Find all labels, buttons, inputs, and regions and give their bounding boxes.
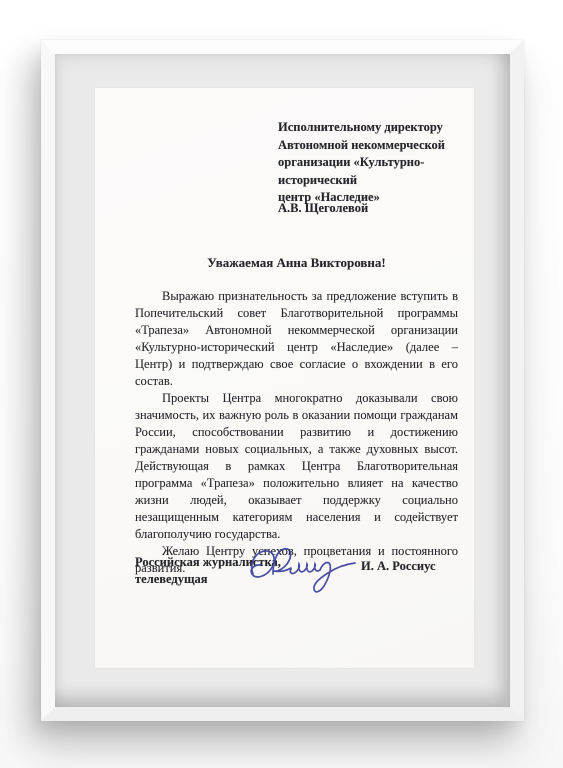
picture-frame: Исполнительному директору Автономной нек… xyxy=(41,40,524,721)
body-paragraph: Проекты Центра многократно доказывали св… xyxy=(135,390,458,543)
recipient-line: Исполнительному директору xyxy=(278,119,463,137)
handwritten-signature-icon xyxy=(243,538,361,596)
recipient-name: А.В. Щеголевой xyxy=(278,201,368,216)
recipient-block: Исполнительному директору Автономной нек… xyxy=(278,119,463,207)
frame-mat: Исполнительному директору Автономной нек… xyxy=(55,54,510,707)
recipient-line: Автономной некоммерческой xyxy=(278,137,463,155)
signer-name: И. А. Россиус xyxy=(361,559,436,574)
scene-background: Исполнительному директору Автономной нек… xyxy=(0,0,563,768)
salutation: Уважаемая Анна Викторовна! xyxy=(135,255,458,271)
body-paragraph: Выражаю признательность за предложение в… xyxy=(135,288,458,390)
letter-paper: Исполнительному директору Автономной нек… xyxy=(95,88,474,668)
recipient-line: организации «Культурно-исторический xyxy=(278,154,463,189)
letter-body: Выражаю признательность за предложение в… xyxy=(135,288,458,577)
